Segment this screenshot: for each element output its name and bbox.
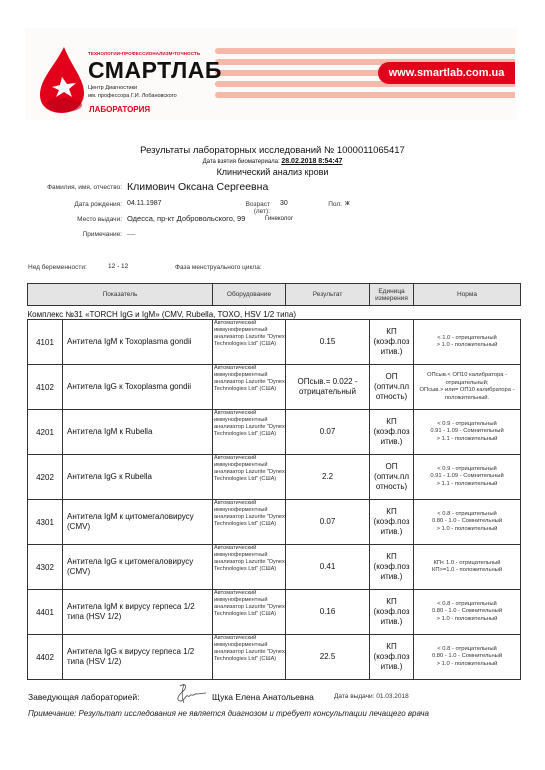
row-equipment: Автоматический иммуноферментный анализат…	[213, 455, 286, 500]
pregnancy-value: 12 - 12	[108, 263, 128, 270]
row-result: ОПсыв.= 0.022 - отрицательный	[286, 365, 370, 410]
row-indicator: Антитела IgG к вирусу герпеса 1/2 типа (…	[63, 635, 213, 680]
place-label: Место выдачи:	[0, 216, 122, 223]
row-equipment: Автоматический иммуноферментный анализат…	[213, 320, 286, 365]
brand-name: СМАРТЛАБ	[88, 57, 222, 84]
center-line-2: им. профессора Г.И. Лобановского	[88, 92, 177, 100]
doctor-value: Гинеколог	[265, 216, 293, 222]
row-code: 4202	[28, 455, 63, 500]
group-title-row: Комплекс №31 «TORCH IgG и IgM» (CMV, Rub…	[28, 306, 521, 320]
dob-label: Дата рождения:	[0, 201, 122, 208]
head-name: Щука Елена Анатольевна	[212, 692, 314, 702]
row-result: 0.16	[286, 590, 370, 635]
row-equipment: Автоматический иммуноферментный анализат…	[213, 635, 286, 680]
note-label: Примечание:	[0, 231, 122, 238]
lab-label: ЛАБОРАТОРИЯ	[89, 105, 150, 114]
norm-line: 0.91 - 1.09 - Сомнительный	[414, 428, 520, 436]
norm-line: 0.80 - 1.0 - Сомнительный	[414, 653, 520, 661]
row-equipment: Автоматический иммуноферментный анализат…	[213, 590, 286, 635]
row-indicator: Антитела IgM к Toxoplasma gondii	[63, 320, 213, 365]
header-equipment: Оборудование	[213, 284, 286, 306]
table-header-row: Показатель Оборудование Результат Единиц…	[28, 284, 521, 306]
row-unit: КП (коэф.поз итив.)	[370, 500, 414, 545]
results-table: Показатель Оборудование Результат Единиц…	[27, 283, 521, 680]
sex-label: Пол:	[320, 201, 342, 208]
row-indicator: Антитела IgM к Rubella	[63, 410, 213, 455]
norm-line: ОПсыв.< ОП10 калибратора - отрицательный…	[414, 372, 520, 387]
patient-name: Климович Оксана Сергеевна	[127, 181, 268, 193]
norm-line: > 1.0 - положительный	[414, 661, 520, 669]
issue-date-label: Дата выдачи:	[334, 693, 374, 700]
header-indicator: Показатель	[28, 284, 213, 306]
row-indicator: Антитела IgM к цитомегаловирусу (CMV)	[63, 500, 213, 545]
sample-date-label: Дата взятия биоматериала:	[203, 159, 280, 165]
table-row: 4101Антитела IgM к Toxoplasma gondiiАвто…	[28, 320, 521, 365]
row-unit: КП (коэф.поз итив.)	[370, 590, 414, 635]
signature-icon	[172, 682, 210, 704]
row-code: 4201	[28, 410, 63, 455]
norm-line: 0.91 - 1.09 - Сомнительный	[414, 473, 520, 481]
table-row: 4202Антитела IgG к RubellaАвтоматический…	[28, 455, 521, 500]
row-norm: ОПсыв.< ОП10 калибратора - отрицательный…	[414, 365, 521, 410]
row-code: 4402	[28, 635, 63, 680]
row-result: 0.07	[286, 410, 370, 455]
row-equipment: Автоматический иммуноферментный анализат…	[213, 500, 286, 545]
row-result: 22.5	[286, 635, 370, 680]
center-name: Центр Диагностики им. профессора Г.И. Ло…	[88, 84, 177, 100]
blood-drop-logo-icon	[34, 45, 86, 115]
norm-line: > 1.0 - положительный	[414, 342, 520, 350]
cycle-label: Фаза менструального цикла:	[175, 264, 262, 271]
header-result: Результат	[286, 284, 370, 306]
sex-value: ж	[345, 200, 350, 207]
norm-line: 0.80 - 1.0 - Сомнительный	[414, 608, 520, 616]
sample-date: 28.02.2018 8:54:47	[281, 158, 342, 165]
row-unit: ОП (оптич.пл отность)	[370, 365, 414, 410]
table-row: 4102Антитела IgG к Toxoplasma gondiiАвто…	[28, 365, 521, 410]
row-result: 0.07	[286, 500, 370, 545]
dob-value: 04.11.1987	[127, 200, 162, 207]
age-value: 30	[280, 200, 288, 207]
table-row: 4302Антитела IgG к цитомегаловирусу (CMV…	[28, 545, 521, 590]
note-value: ___	[127, 230, 135, 236]
head-label: Заведующая лабораторией:	[28, 692, 139, 702]
row-unit: ОП (оптич.пл отность)	[370, 455, 414, 500]
header-unit: Единица измерения	[370, 284, 414, 306]
row-norm: КП< 1.0 - отрицательныйКП>=1.0 - положит…	[414, 545, 521, 590]
row-unit: КП (коэф.поз итив.)	[370, 545, 414, 590]
row-equipment: Автоматический иммуноферментный анализат…	[213, 365, 286, 410]
row-code: 4302	[28, 545, 63, 590]
tagline: ТЕХНОЛОГИИ•ПРОФЕССИОНАЛИЗМ•ТОЧНОСТЬ	[88, 51, 200, 56]
row-norm: < 1.0 - отрицательный> 1.0 - положительн…	[414, 320, 521, 365]
row-equipment: Автоматический иммуноферментный анализат…	[213, 545, 286, 590]
row-indicator: Антитела IgG к цитомегаловирусу (CMV)	[63, 545, 213, 590]
table-row: 4301Антитела IgM к цитомегаловирусу (CMV…	[28, 500, 521, 545]
row-code: 4301	[28, 500, 63, 545]
row-unit: КП (коэф.поз итив.)	[370, 410, 414, 455]
row-norm: < 0.8 - отрицательный0.80 - 1.0 - Сомнит…	[414, 590, 521, 635]
header-norm: Норма	[414, 284, 521, 306]
analysis-name: Клинический анализ крови	[0, 167, 545, 177]
row-result: 0.41	[286, 545, 370, 590]
table-row: 4401Антитела IgM к вирусу герпеса 1/2 ти…	[28, 590, 521, 635]
row-norm: < 0.9 - отрицательный0.91 - 1.09 - Сомни…	[414, 455, 521, 500]
norm-line: > 1.1 - положительный	[414, 436, 520, 444]
norm-line: ОПсыв.> или= ОП10 калибратора - положите…	[414, 387, 520, 402]
row-result: 0.15	[286, 320, 370, 365]
group-title: Комплекс №31 «TORCH IgG и IgM» (CMV, Rub…	[28, 306, 521, 320]
row-unit: КП (коэф.поз итив.)	[370, 635, 414, 680]
age-label: Возраст (лет):	[230, 201, 270, 215]
center-line-1: Центр Диагностики	[88, 84, 177, 92]
row-equipment: Автоматический иммуноферментный анализат…	[213, 410, 286, 455]
row-indicator: Антитела IgG к Rubella	[63, 455, 213, 500]
table-row: 4201Антитела IgM к RubellaАвтоматический…	[28, 410, 521, 455]
row-code: 4401	[28, 590, 63, 635]
norm-line: > 1.0 - положительный	[414, 526, 520, 534]
row-indicator: Антитела IgG к Toxoplasma gondii	[63, 365, 213, 410]
norm-line: 0.80 - 1.0 - Сомнительный	[414, 518, 520, 526]
sample-date-line: Дата взятия биоматериала: 28.02.2018 8:5…	[0, 158, 545, 165]
row-code: 4102	[28, 365, 63, 410]
row-unit: КП (коэф.поз итив.)	[370, 320, 414, 365]
row-norm: < 0.8 - отрицательный0.80 - 1.0 - Сомнит…	[414, 500, 521, 545]
row-code: 4101	[28, 320, 63, 365]
row-norm: < 0.9 - отрицательный0.91 - 1.09 - Сомни…	[414, 410, 521, 455]
website-url: www.smartlab.com.ua	[378, 62, 515, 84]
place-value: Одесса, пр-кт Добровольского, 99	[127, 214, 245, 223]
norm-line: > 1.0 - положительный	[414, 616, 520, 624]
issue-date-line: Дата выдачи: 01.03.2018	[334, 693, 409, 700]
disclaimer-note: Примечание: Результат исследования не яв…	[28, 709, 429, 718]
norm-line: КП< 1.0 - отрицательный	[414, 560, 520, 568]
norm-line: > 1.1 - положительный	[414, 481, 520, 489]
norm-line: < 1.0 - отрицательный	[414, 335, 520, 343]
name-label: Фамилия, имя, отчество:	[0, 184, 122, 191]
pregnancy-label: Нед беременности:	[28, 264, 87, 271]
norm-line: КП>=1.0 - положительный	[414, 567, 520, 575]
issue-date: 01.03.2018	[376, 693, 409, 700]
row-norm: < 0.8 - отрицательный0.80 - 1.0 - Сомнит…	[414, 635, 521, 680]
row-indicator: Антитела IgM к вирусу герпеса 1/2 типа (…	[63, 590, 213, 635]
report-title: Результаты лабораторных исследований № 1…	[0, 145, 545, 156]
table-row: 4402Антитела IgG к вирусу герпеса 1/2 ти…	[28, 635, 521, 680]
row-result: 2.2	[286, 455, 370, 500]
